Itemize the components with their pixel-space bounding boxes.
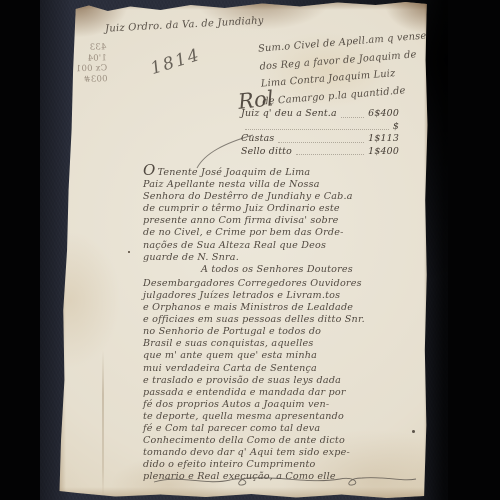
manuscript-line: julgadores Juízes letrados e Livram.tos — [143, 290, 398, 302]
account-label: Sello ditto — [241, 146, 292, 159]
manuscript-line: nações de Sua Alteza Real que Deos — [143, 240, 398, 252]
manuscript-line: mui verdadeira Carta de Sentença — [143, 363, 398, 375]
manuscript-line: tomando devo dar q' Aqui tem sido expe- — [143, 447, 398, 459]
manuscript-first-line: OTenente José Joaquim de Lima — [143, 164, 398, 179]
manuscript-line: Paiz Apellante nesta villa de Nossa — [143, 179, 398, 191]
account-table: Juiz q' deu a Sent.a 6$400 $ Custas 1$11… — [241, 108, 399, 158]
manuscript-line: presente anno Com firma divisa' sobre — [143, 215, 398, 227]
decorated-initial: O — [143, 161, 156, 179]
account-row: Custas 1$113 — [241, 133, 399, 146]
manuscript-line: no Senhorio de Portugal e todos do — [143, 326, 398, 338]
account-value: 1$113 — [368, 133, 399, 146]
account-label: Custas — [241, 133, 274, 146]
account-value: 1$400 — [368, 146, 399, 159]
salutation-line: A todos os Senhores Doutores — [201, 264, 398, 276]
manuscript-line: e traslado e provisão de suas leys dada — [143, 375, 398, 387]
manuscript-line: fé e Com tal parecer como tal deva — [143, 423, 398, 435]
dot-leader — [245, 129, 389, 130]
photo-background: Juiz Ordro. da Va. de Jundiahy 4331'04Cx… — [0, 0, 500, 500]
ink-speck — [412, 430, 415, 433]
signature-flourish — [150, 468, 422, 492]
manuscript-paragraph-1: Paiz Apellante nesta villa de NossaSenho… — [143, 179, 398, 264]
manuscript-line: te deporte, quella mesma apresentando — [143, 411, 398, 423]
manuscript-line: fé dos proprios Autos a Joaquim ven- — [143, 399, 398, 411]
manuscript-page: Juiz Ordro. da Va. de Jundiahy 4331'04Cx… — [55, 0, 432, 500]
manuscript-line: Senhora do Destêrro de Jundiahy e Cab.a — [143, 191, 398, 203]
manuscript-line: passada e entendida e mandada dar por — [143, 387, 398, 399]
account-label: Juiz q' deu a Sent.a — [241, 108, 337, 121]
dot-leader — [278, 142, 364, 143]
manuscript-line: Conhecimento della Como de ante dicto — [143, 435, 398, 447]
manuscript-line: de no Civel, e Crime por bem das Orde- — [143, 227, 398, 239]
manuscript-body: OTenente José Joaquim de Lima Paiz Apell… — [143, 164, 398, 483]
manuscript-line: de cumprir o têrmo Juiz Ordinario este — [143, 203, 398, 215]
account-value: 6$400 — [368, 108, 399, 121]
dot-leader — [296, 154, 364, 155]
account-row: Sello ditto 1$400 — [241, 146, 399, 159]
fold-crease — [102, 350, 104, 498]
manuscript-line: Desembargadores Corregedores Ouvidores — [143, 278, 398, 290]
first-line-text: Tenente José Joaquim de Lima — [158, 167, 311, 178]
manuscript-line: Brasil e suas conquistas, aquelles — [143, 338, 398, 350]
manuscript-paragraph-2: Desembargadores Corregedores Ouvidoresju… — [143, 278, 398, 484]
manuscript-line: e Orphanos e mais Ministros de Lealdade — [143, 302, 398, 314]
manuscript-line: que m' ante quem que' esta minha — [143, 350, 398, 362]
manuscript-line: e officiaes em suas pessoas delles ditto… — [143, 314, 398, 326]
ink-speck — [128, 251, 130, 253]
account-value: $ — [393, 121, 399, 134]
dot-leader — [341, 117, 364, 118]
manuscript-line: guarde de N. Snra. — [143, 252, 398, 264]
account-row: $ — [241, 121, 399, 134]
account-row: Juiz q' deu a Sent.a 6$400 — [241, 108, 399, 121]
